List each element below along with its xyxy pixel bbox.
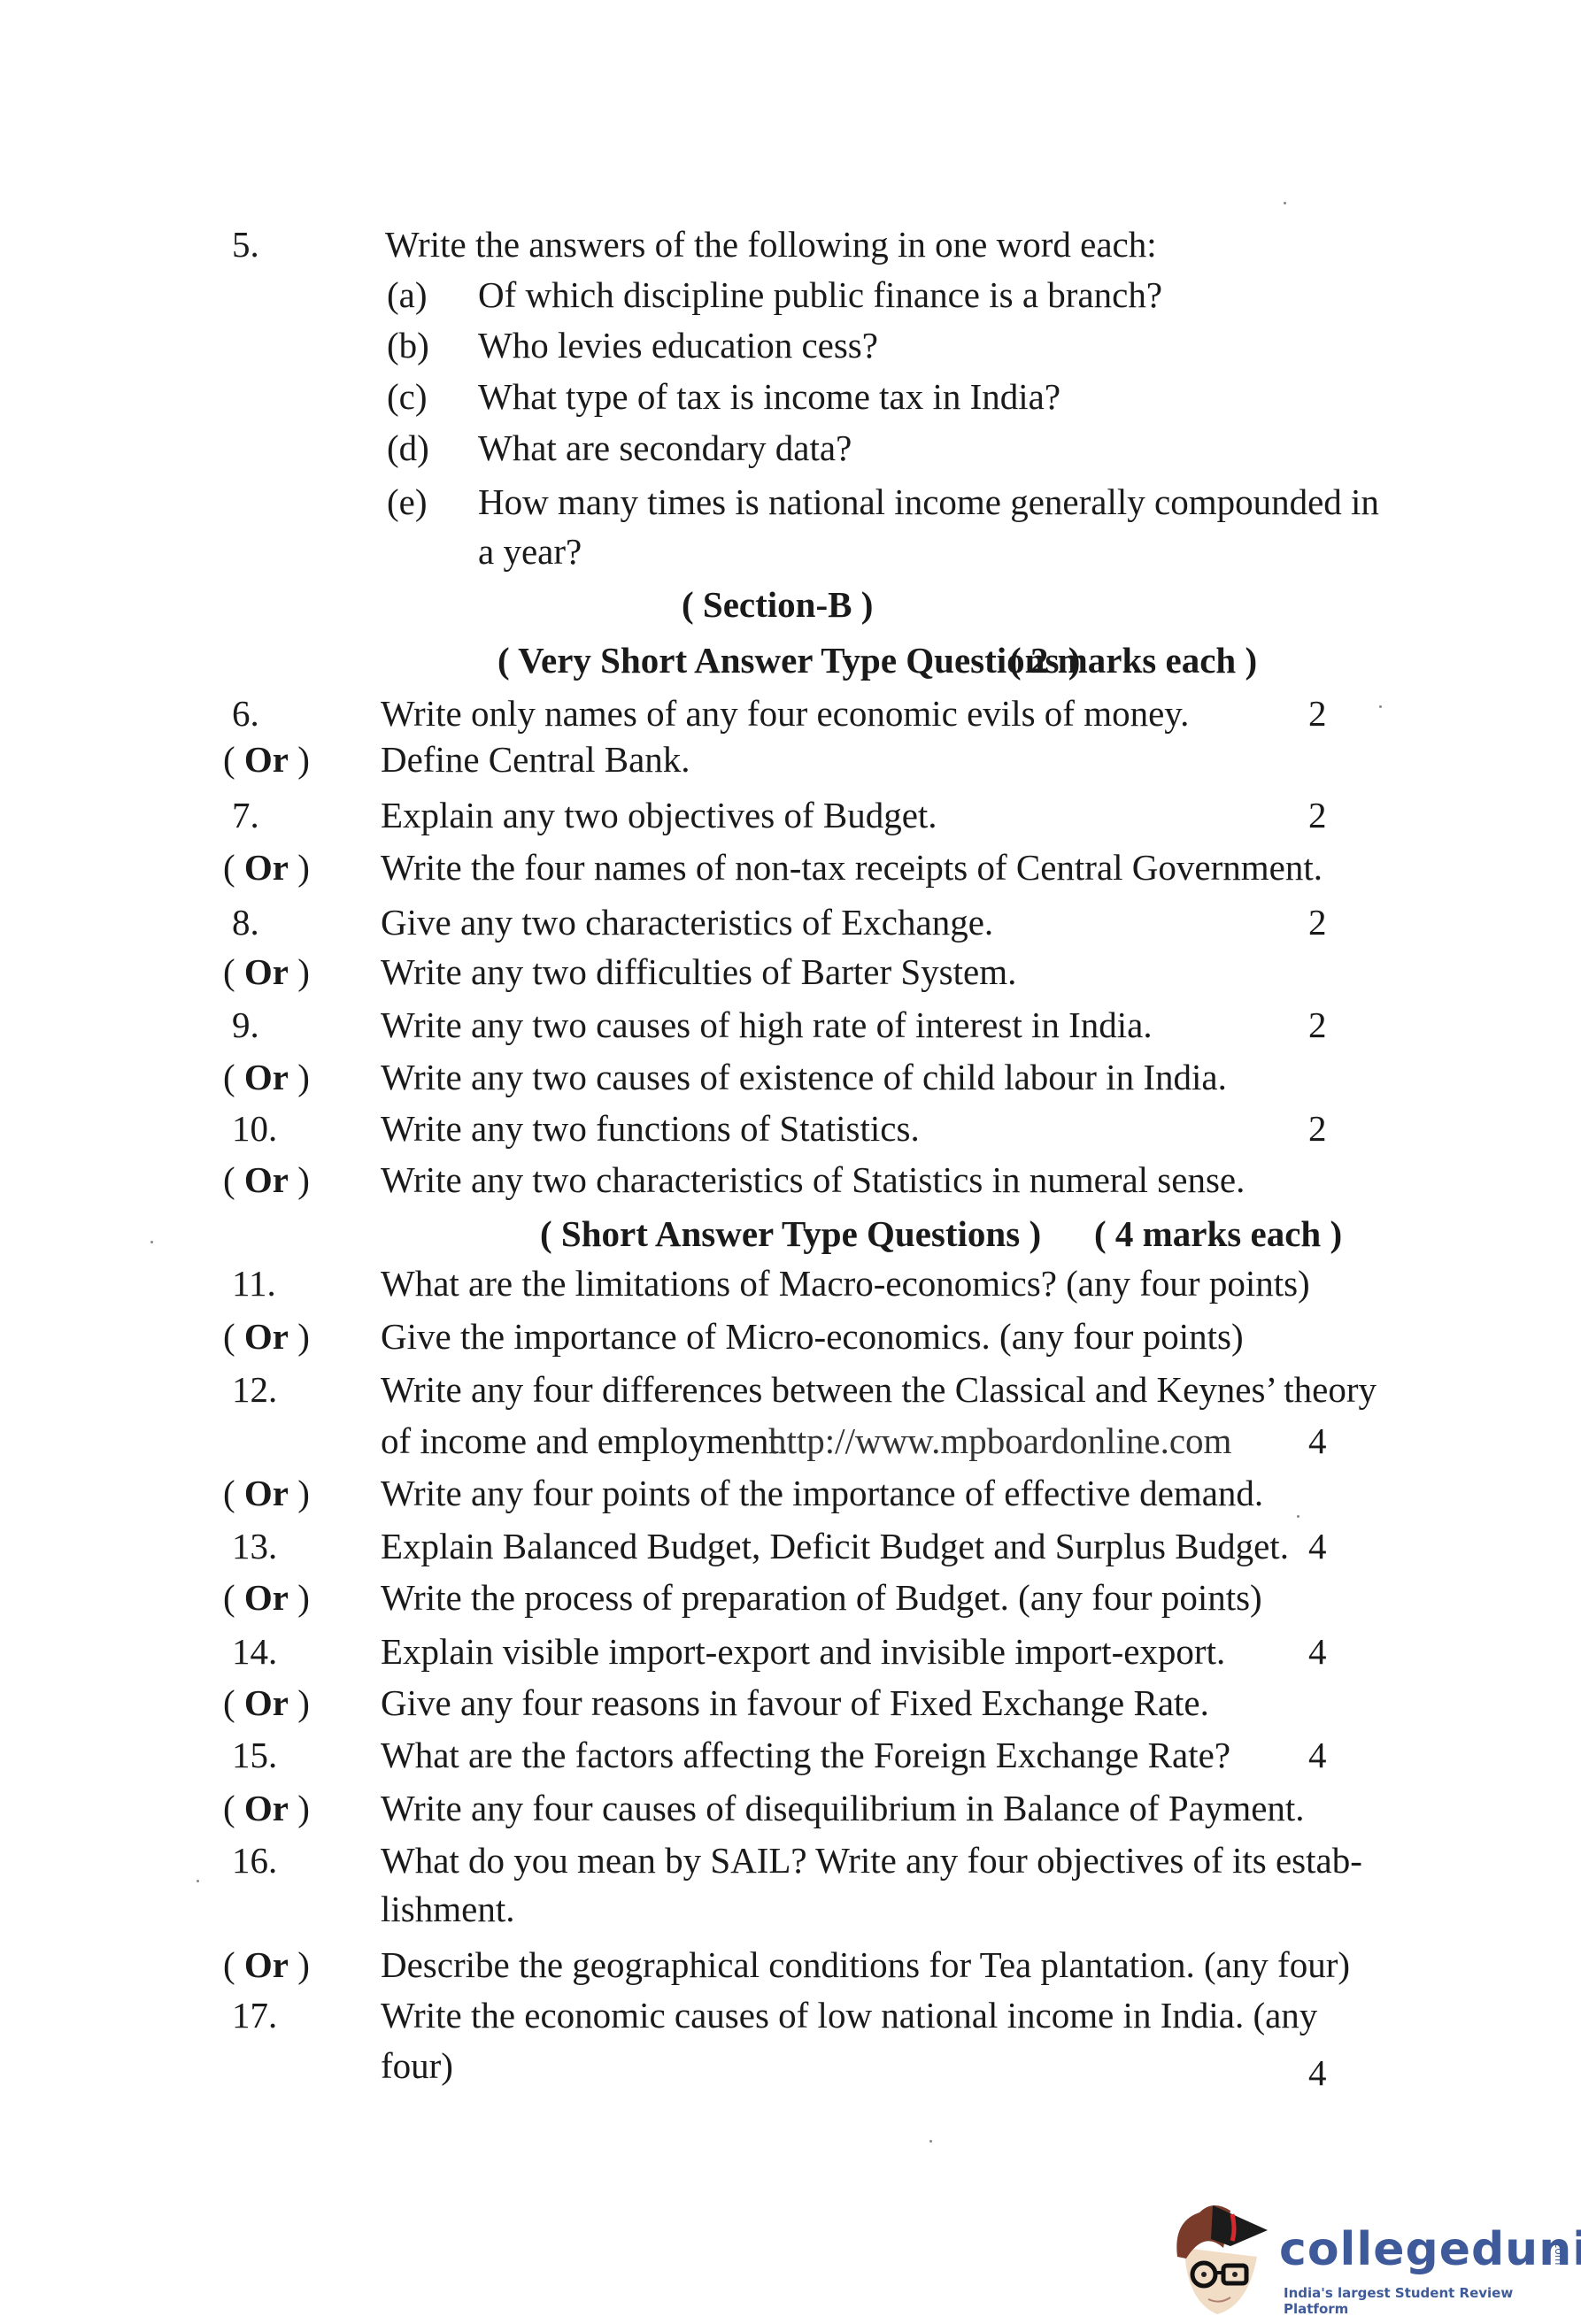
question-number: 7.	[232, 792, 259, 838]
question-number: 15.	[232, 1732, 277, 1778]
marks: 4	[1308, 1523, 1327, 1569]
question-text: Give any two characteristics of Exchange…	[381, 899, 993, 945]
question-17-continuation: four) 4	[0, 2043, 1581, 2089]
marks-note: ( 4 marks each )	[1094, 1211, 1342, 1257]
question-5-part-a: (a) Of which discipline public finance i…	[0, 272, 1581, 318]
marks: 4	[1308, 1418, 1327, 1464]
part-text: What are secondary data?	[478, 425, 852, 471]
marks: 2	[1308, 1105, 1327, 1151]
or-question-text: Write any two difficulties of Barter Sys…	[381, 949, 1016, 995]
question-17: 17. Write the economic causes of low nat…	[0, 1992, 1581, 2038]
marks: 2	[1308, 899, 1327, 945]
short-answer-heading: ( Short Answer Type Questions ) ( 4 mark…	[0, 1211, 1581, 1257]
marks: 2	[1308, 1002, 1327, 1048]
question-15: 15. What are the factors affecting the F…	[0, 1732, 1581, 1778]
question-text: Write only names of any four economic ev…	[381, 690, 1189, 736]
or-question-text: Write the four names of non-tax receipts…	[381, 844, 1323, 890]
question-number: 14.	[232, 1628, 277, 1674]
marks: 4	[1308, 1628, 1327, 1674]
or-question-text: Define Central Bank.	[381, 736, 690, 782]
or-question-text: Describe the geographical conditions for…	[381, 1942, 1350, 1988]
question-7-or: ( Or ) Write the four names of non-tax r…	[0, 844, 1581, 890]
or-label: ( Or )	[223, 1054, 310, 1100]
question-12: 12. Write any four differences between t…	[0, 1366, 1581, 1412]
question-text: Write any four differences between the C…	[381, 1366, 1377, 1412]
or-label: ( Or )	[223, 844, 310, 890]
or-label: ( Or )	[223, 1470, 310, 1516]
or-label: ( Or )	[223, 949, 310, 995]
part-label: (e)	[387, 479, 428, 525]
question-number: 11.	[232, 1260, 276, 1306]
question-5-part-e: (e) How many times is national income ge…	[0, 479, 1581, 525]
scan-speck	[1297, 1515, 1300, 1518]
or-label: ( Or )	[223, 1680, 310, 1726]
question-13-or: ( Or ) Write the process of preparation …	[0, 1574, 1581, 1620]
very-short-heading: ( Very Short Answer Type Questions ) ( 2…	[0, 637, 1581, 683]
question-10: 10. Write any two functions of Statistic…	[0, 1105, 1581, 1151]
or-label: ( Or )	[223, 1157, 310, 1203]
question-number: 17.	[232, 1992, 277, 2038]
section-b-title: ( Section-B )	[0, 581, 1581, 627]
or-question-text: Write the process of preparation of Budg…	[381, 1574, 1262, 1620]
question-text-continuation: four)	[381, 2043, 453, 2089]
question-12-or: ( Or ) Write any four points of the impo…	[0, 1470, 1581, 1516]
subsection-heading: ( Very Short Answer Type Questions )	[497, 637, 1080, 683]
question-text: What are the limitations of Macro-econom…	[381, 1260, 1310, 1306]
or-question-text: Write any two causes of existence of chi…	[381, 1054, 1227, 1100]
question-5-part-c: (c) What type of tax is income tax in In…	[0, 373, 1581, 419]
or-label: ( Or )	[223, 1785, 310, 1831]
question-15-or: ( Or ) Write any four causes of disequil…	[0, 1785, 1581, 1831]
question-number: 10.	[232, 1105, 277, 1151]
part-label: (a)	[387, 272, 428, 318]
question-9-or: ( Or ) Write any two causes of existence…	[0, 1054, 1581, 1100]
or-question-text: Write any four causes of disequilibrium …	[381, 1785, 1305, 1831]
question-5: 5. Write the answers of the following in…	[0, 221, 1581, 267]
question-5-part-e-continuation: a year?	[0, 528, 1581, 574]
question-text: Write the economic causes of low nationa…	[381, 1992, 1317, 2038]
scan-speck	[1284, 202, 1286, 204]
question-number: 16.	[232, 1837, 277, 1883]
question-6: 6. Write only names of any four economic…	[0, 690, 1581, 736]
question-11: 11. What are the limitations of Macro-ec…	[0, 1260, 1581, 1306]
question-text: What are the factors affecting the Forei…	[381, 1732, 1230, 1778]
question-number: 13.	[232, 1523, 277, 1569]
question-9: 9. Write any two causes of high rate of …	[0, 1002, 1581, 1048]
or-question-text: Give the importance of Micro-economics. …	[381, 1313, 1244, 1359]
or-question-text: Give any four reasons in favour of Fixed…	[381, 1680, 1209, 1726]
collegedunia-logo: collegedunia .com India's largest Studen…	[1160, 2186, 1576, 2319]
question-10-or: ( Or ) Write any two characteristics of …	[0, 1157, 1581, 1203]
marks: 2	[1308, 792, 1327, 838]
part-label: (c)	[387, 373, 428, 419]
scan-speck	[197, 1880, 199, 1882]
part-label: (b)	[387, 322, 429, 368]
marks: 2	[1308, 690, 1327, 736]
question-14: 14. Explain visible import-export and in…	[0, 1628, 1581, 1674]
question-16-or: ( Or ) Describe the geographical conditi…	[0, 1942, 1581, 1988]
part-text: Of which discipline public finance is a …	[478, 272, 1162, 318]
marks-note: ( 2 marks each )	[1009, 637, 1257, 683]
or-question-text: Write any two characteristics of Statist…	[381, 1157, 1245, 1203]
question-12-continuation: of income and employment. http://www.mpb…	[0, 1418, 1581, 1464]
question-number: 6.	[232, 690, 259, 736]
part-text: What type of tax is income tax in India?	[478, 373, 1060, 419]
mascot-face-icon	[1168, 2195, 1275, 2319]
question-text: Write any two functions of Statistics.	[381, 1105, 920, 1151]
subsection-heading: ( Short Answer Type Questions )	[540, 1211, 1041, 1257]
question-7: 7. Explain any two objectives of Budget.…	[0, 792, 1581, 838]
section-title: ( Section-B )	[682, 581, 873, 627]
brand-tagline: India's largest Student Review Platform	[1284, 2285, 1576, 2317]
or-label: ( Or )	[223, 1942, 310, 1988]
question-5-part-d: (d) What are secondary data?	[0, 425, 1581, 471]
question-6-or: ( Or ) Define Central Bank.	[0, 736, 1581, 782]
marks: 4	[1308, 1732, 1327, 1778]
part-text: Who levies education cess?	[478, 322, 878, 368]
brand-domain: .com	[1553, 2239, 1565, 2265]
or-label: ( Or )	[223, 1313, 310, 1359]
scan-speck	[929, 2140, 932, 2143]
question-number: 8.	[232, 899, 259, 945]
question-text: Explain visible import-export and invisi…	[381, 1628, 1225, 1674]
source-url: http://www.mpboardonline.com	[768, 1418, 1231, 1464]
question-number: 9.	[232, 1002, 259, 1048]
part-label: (d)	[387, 425, 429, 471]
question-text: Explain Balanced Budget, Deficit Budget …	[381, 1523, 1289, 1569]
part-text: How many times is national income genera…	[478, 479, 1379, 525]
scan-speck	[1379, 705, 1382, 708]
question-number: 12.	[232, 1366, 277, 1412]
or-question-text: Write any four points of the importance …	[381, 1470, 1263, 1516]
question-text-continuation: of income and employment.	[381, 1418, 788, 1464]
or-label: ( Or )	[223, 1574, 310, 1620]
scan-speck	[150, 1241, 153, 1243]
question-5-part-b: (b) Who levies education cess?	[0, 322, 1581, 368]
brand-name: collegedunia	[1279, 2223, 1581, 2276]
part-text-continuation: a year?	[478, 528, 582, 574]
question-text: Explain any two objectives of Budget.	[381, 792, 937, 838]
question-text: What do you mean by SAIL? Write any four…	[381, 1837, 1362, 1883]
question-number: 5.	[232, 221, 259, 267]
question-11-or: ( Or ) Give the importance of Micro-econ…	[0, 1313, 1581, 1359]
question-16-continuation: lishment.	[0, 1886, 1581, 1932]
question-text: Write the answers of the following in on…	[385, 221, 1157, 267]
question-text-continuation: lishment.	[381, 1886, 514, 1932]
question-13: 13. Explain Balanced Budget, Deficit Bud…	[0, 1523, 1581, 1569]
question-8: 8. Give any two characteristics of Excha…	[0, 899, 1581, 945]
or-label: ( Or )	[223, 736, 310, 782]
marks: 4	[1308, 2050, 1327, 2096]
question-16: 16. What do you mean by SAIL? Write any …	[0, 1837, 1581, 1883]
question-8-or: ( Or ) Write any two difficulties of Bar…	[0, 949, 1581, 995]
question-text: Write any two causes of high rate of int…	[381, 1002, 1153, 1048]
question-14-or: ( Or ) Give any four reasons in favour o…	[0, 1680, 1581, 1726]
